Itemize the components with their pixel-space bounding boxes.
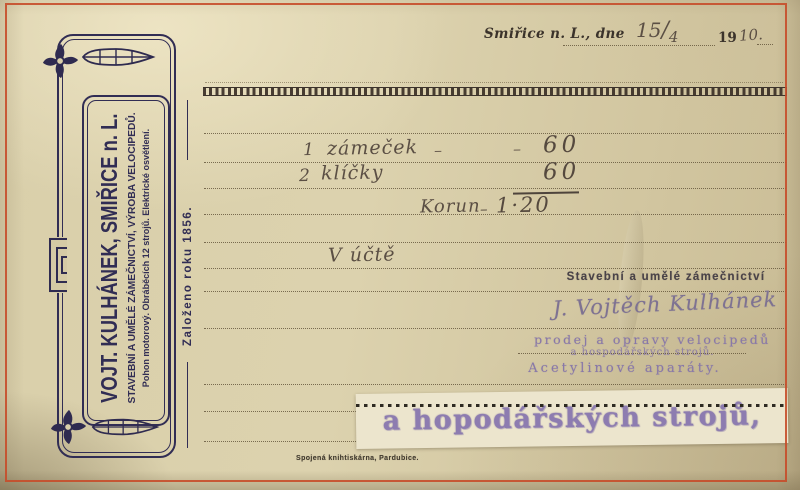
date-dotted-line [563,45,715,46]
ruled-line [204,411,358,412]
founded-rule-top [187,100,188,160]
ruled-line [204,188,786,189]
ruled-line [204,242,786,243]
year-prefix-printed: 19 [718,30,737,46]
ruled-line [518,353,746,354]
entry-dashes: – – [434,139,521,160]
handwritten-date: 15/4 [636,18,678,43]
ruled-line [204,214,786,215]
total-label: Korun [420,195,481,217]
ruled-line [205,82,783,83]
company-equipment-line: Pohon motorový. Obráběcích 12 strojů. El… [141,129,152,387]
ornamental-band [203,87,787,96]
total-amount: 1·20 [496,193,551,218]
ruled-line [204,133,786,134]
printer-imprint: Spojená knihtiskárna, Pardubice. [296,455,419,462]
handwritten-note: V účtě [328,243,396,266]
stamp-line-acetylene: Acetylinové aparáty. [525,361,725,376]
date-slash: / [661,18,668,43]
date-dotted-line-end [757,44,773,45]
ruled-line [204,441,356,442]
founded-rule-bottom [187,362,188,448]
company-founded: Založeno roku 1856. [182,206,194,346]
heavy-dotted-line [356,404,786,407]
letterhead-text-block: VOJT. KULHÁNEK, SMIŘICE n. L. STAVEBNÍ A… [84,91,164,425]
ruled-line [204,268,786,269]
place-and-date-label: Smiřice n. L., dne [484,26,625,42]
stamp-line-sales: prodej a opravy velocipedů [515,332,790,347]
entry-quantity: 1 [303,140,314,160]
entry-amount: 60 [543,159,581,186]
entry-amount: 60 [543,132,581,159]
handwritten-year: 10. [738,25,763,45]
entry-quantity: 2 [299,166,310,186]
pasted-label-strip: a hopodářských strojů, [356,388,789,449]
stamp-line-trade: Stavební a umělé zámečnictví [540,271,792,283]
entry-item: zámeček [327,136,418,160]
catkin-ornament-icon [80,47,156,67]
thistle-ornament-icon [50,408,88,446]
scanned-invoice-photo: VOJT. KULHÁNEK, SMIŘICE n. L. STAVEBNÍ A… [0,0,800,490]
total-dash: – [480,200,488,218]
thistle-ornament-icon [42,42,80,80]
ruled-line [204,384,786,385]
entry-item: klíčky [321,161,384,184]
ruled-line [204,162,786,163]
company-name: VOJT. KULHÁNEK, SMIŘICE n. L. [96,113,123,402]
ruled-line [204,328,786,329]
handwritten-day: 15 [636,18,661,42]
handwritten-month: 4 [669,28,679,46]
greek-key-icon [45,236,69,294]
company-trade-line: STAVEBNÍ A UMĚLÉ ZÁMEČNICTVÍ, VÝROBA VEL… [126,112,138,403]
